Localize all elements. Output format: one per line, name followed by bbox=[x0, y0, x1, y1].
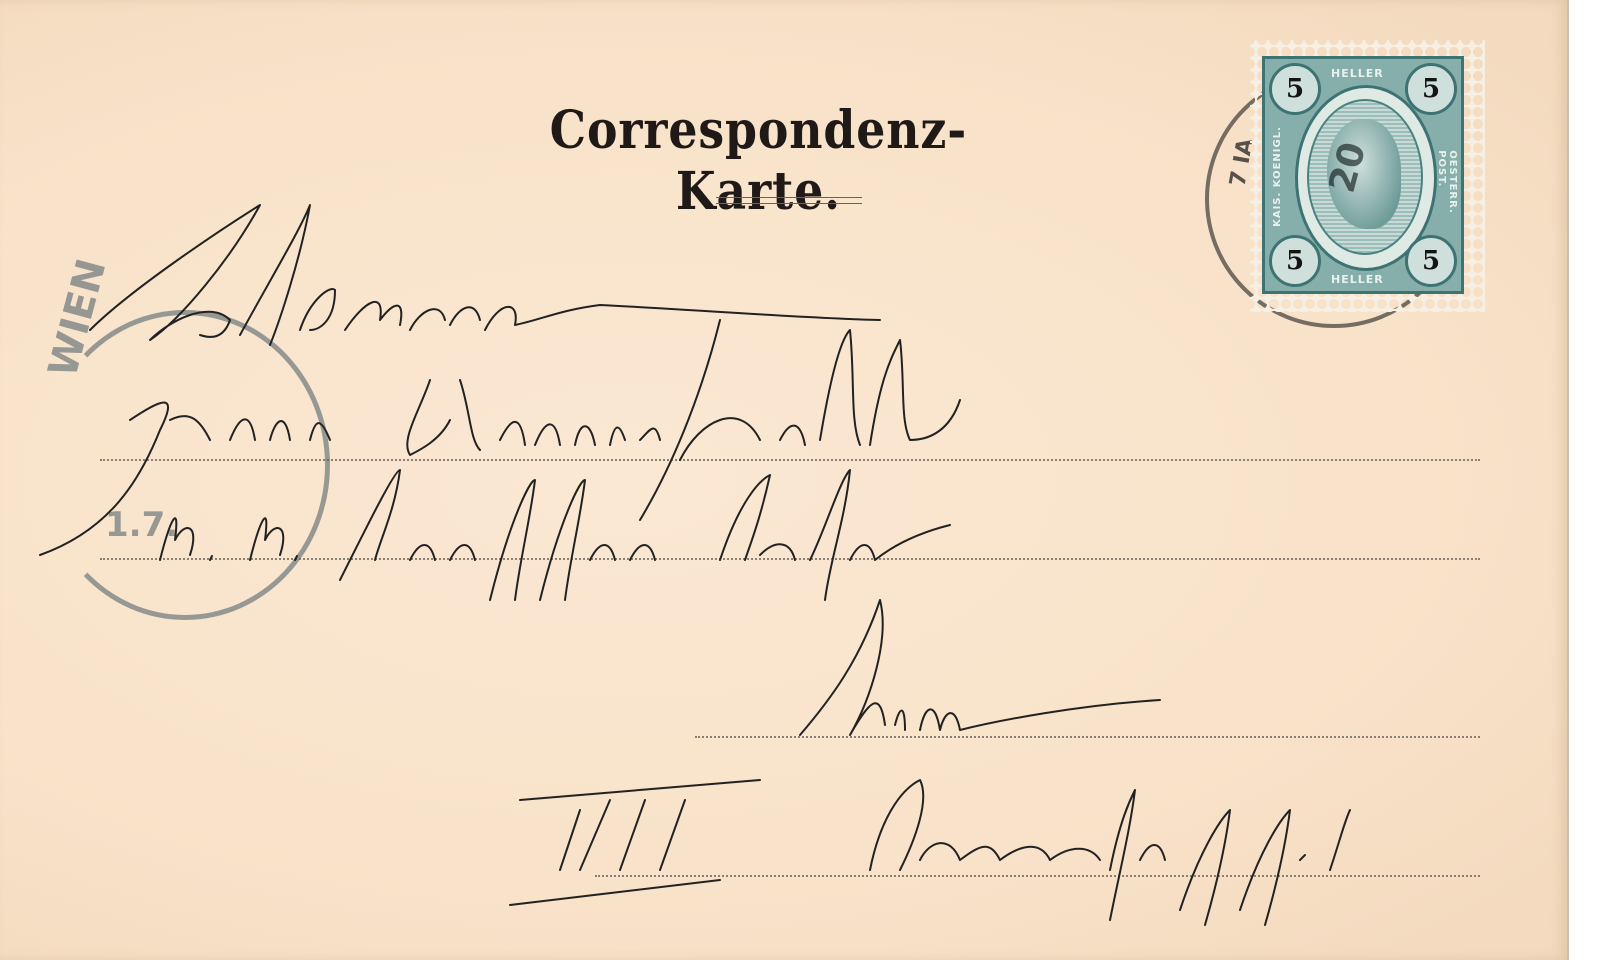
stamp-label-left: KAIS. KOENIGL. bbox=[1272, 126, 1283, 227]
stamp-label-top: HELLER bbox=[1331, 67, 1384, 80]
handwritten-street: Lederergasse 1. bbox=[0, 0, 1, 1]
address-line-4 bbox=[595, 875, 1480, 877]
title-rule-top bbox=[716, 197, 862, 198]
handwritten-salutation: Wohlgeboren bbox=[0, 0, 1, 1]
handwritten-city: Wien bbox=[0, 0, 1, 1]
stamp-value-tr: 5 bbox=[1405, 63, 1457, 115]
postage-stamp: HELLER HELLER KAIS. KOENIGL. OESTERR. PO… bbox=[1250, 40, 1485, 312]
stamp-value-tl: 5 bbox=[1269, 63, 1321, 115]
title-rule-bottom bbox=[716, 203, 862, 204]
stamp-value-br: 5 bbox=[1405, 235, 1457, 287]
stamp-face: HELLER HELLER KAIS. KOENIGL. OESTERR. PO… bbox=[1262, 56, 1464, 294]
postcard: Correspondenz-Karte. 7 IA HELLER HELLER … bbox=[0, 0, 1569, 960]
stamp-value-bl: 5 bbox=[1269, 235, 1321, 287]
address-line-3 bbox=[695, 736, 1480, 738]
handwritten-recipient: Fräulein Mizzi Hödl bbox=[0, 0, 1, 1]
stamp-label-bottom: HELLER bbox=[1331, 273, 1384, 286]
address-line-2 bbox=[100, 558, 1480, 560]
handwritten-title: k. k. Professors Tochter bbox=[0, 0, 1, 1]
handwritten-district: VIII bbox=[0, 0, 1, 1]
postmark-left-date: 1.7. bbox=[105, 505, 178, 545]
stamp-label-right: OESTERR. POST. bbox=[1436, 150, 1458, 214]
